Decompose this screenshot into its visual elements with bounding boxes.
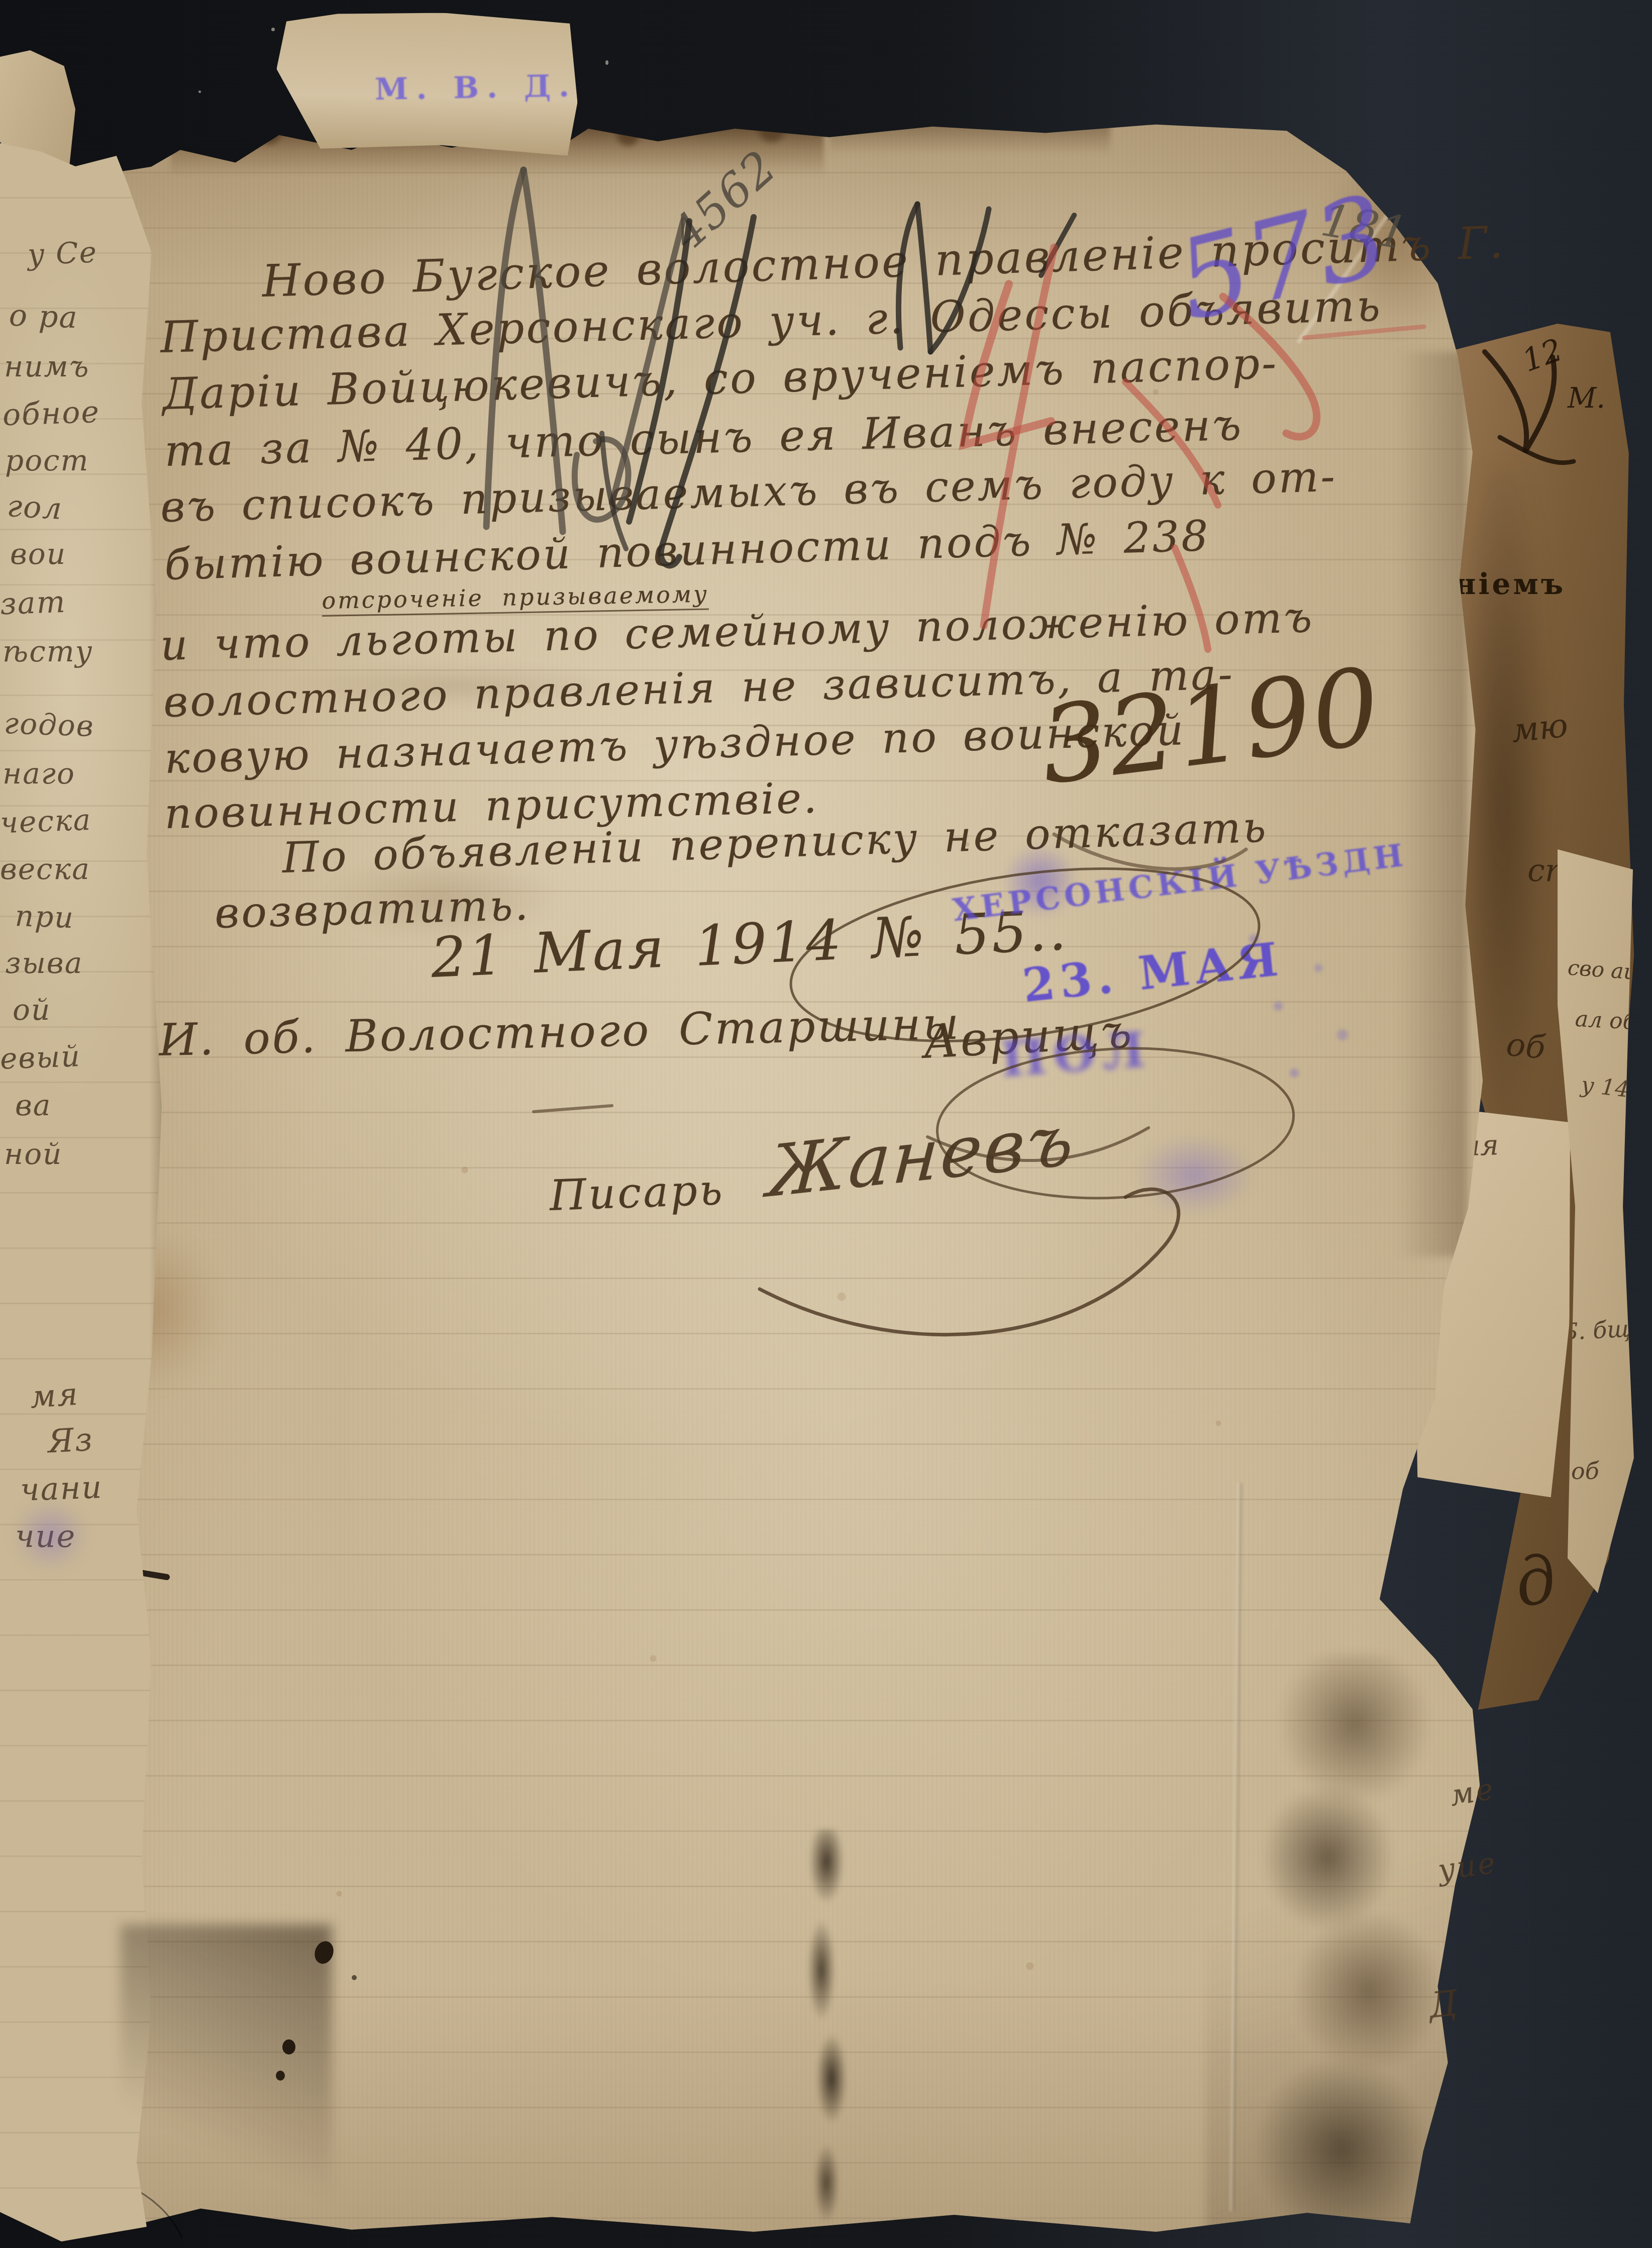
strip-text: ѣсту <box>3 634 93 668</box>
strip-text: ва <box>15 1088 51 1122</box>
strip-text: чие <box>15 1518 76 1554</box>
lint-speck <box>271 28 275 31</box>
fragment-scribble: 12 <box>1517 331 1567 379</box>
strip-text: Яз <box>47 1421 94 1461</box>
strip-text: вои <box>10 537 66 571</box>
printed-fragment-text: ніемъ <box>1455 567 1566 601</box>
strip-text: ной <box>4 1137 62 1171</box>
strip-text: у Се <box>27 235 98 272</box>
fragment-scribble: об <box>1505 1026 1547 1066</box>
strip-text: чани <box>20 1469 104 1508</box>
strip-text: веска <box>0 852 90 886</box>
sliver-scribble: сво аи <box>1567 955 1638 985</box>
mvd-stamp: М. В. Д. <box>374 68 577 107</box>
lint-speck <box>198 90 201 93</box>
strip-text: нимъ <box>4 349 89 383</box>
right-fold-shadow <box>1397 352 1467 1256</box>
edge-scribble: Д <box>1427 1982 1462 2026</box>
ink-smear-streak <box>776 1829 877 2231</box>
photo-canvas: ніемъ 12 М. мю сѣ об д омя сво аи ал об … <box>0 0 1652 2248</box>
strip-text: о ра <box>9 298 79 336</box>
vertical-crease <box>1229 1483 1242 2211</box>
strip-text: евый <box>0 1039 81 1076</box>
strip-text: зат <box>0 584 67 622</box>
fragment-scribble: мю <box>1509 706 1570 750</box>
strip-text: мя <box>29 1376 80 1416</box>
strip-text: зыва <box>5 946 83 980</box>
ink-blot <box>312 1938 337 1967</box>
fragment-scribble: д <box>1507 1539 1564 1623</box>
strip-text: ой <box>13 993 51 1027</box>
strip-text: рост <box>5 443 89 477</box>
top-paper-tab: М. В. Д. <box>275 10 579 156</box>
strip-text: обное <box>2 395 100 433</box>
strip-text: гол <box>6 488 63 527</box>
lint-speck <box>605 60 608 65</box>
district-stamp-bottom: ПОЛ <box>999 1021 1154 1088</box>
sliver-scribble: об <box>1571 1457 1599 1485</box>
sliver-scribble: у 14 <box>1580 1072 1630 1103</box>
strip-text: наго <box>3 756 75 791</box>
strip-text: ческа <box>0 803 92 840</box>
ink-blot <box>352 1975 357 1980</box>
scribe-label: Писарь <box>549 1165 725 1220</box>
strip-text: при <box>15 899 75 935</box>
ink-blot <box>282 2039 295 2055</box>
strip-text: годов <box>4 706 95 743</box>
fragment-scribble: М. <box>1568 382 1605 415</box>
sliver-scribble: ал об <box>1575 1006 1637 1035</box>
ink-blot <box>276 2071 285 2081</box>
